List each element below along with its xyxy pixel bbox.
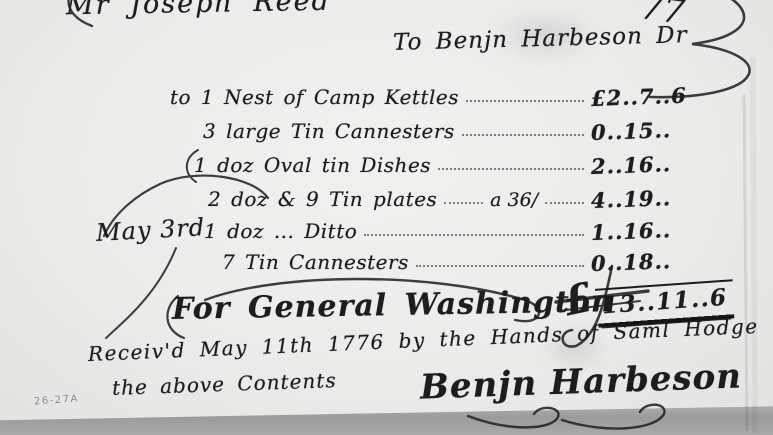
leader-line (438, 168, 584, 170)
item-rate: a 36/ (490, 189, 538, 211)
item-amount: 2..16.. (591, 150, 704, 179)
item-description: 2 doz & 9 Tin plates (208, 187, 437, 211)
item-description: 1 doz Oval tin Dishes (194, 153, 431, 177)
item-amount: 4..19.. (591, 184, 704, 213)
item-description: 1 doz ... Ditto (204, 219, 357, 243)
item-description: 3 large Tin Cannesters (203, 119, 455, 143)
leader-line (466, 100, 584, 102)
line-item: 1 doz ... Ditto 1..16.. (204, 218, 703, 243)
line-item: 2 doz & 9 Tin plates a 36/ 4..19.. (208, 186, 703, 211)
item-amount: 1..16.. (591, 216, 704, 245)
leader-line (416, 265, 584, 267)
item-amount: £2..7..6 (591, 82, 704, 111)
line-item: to 1 Nest of Camp Kettles £2..7..6 (170, 84, 703, 109)
margin-date: May 3rd (95, 213, 206, 247)
item-description: 7 Tin Cannesters (222, 250, 409, 274)
line-item: 7 Tin Cannesters 0..18.. (222, 249, 703, 274)
item-description: to 1 Nest of Camp Kettles (170, 85, 459, 109)
line-item: 1 doz Oval tin Dishes 2..16.. (194, 152, 703, 177)
line-item: 3 large Tin Cannesters 0..15.. (203, 118, 703, 143)
leader-line (545, 202, 584, 204)
leader-line (364, 234, 584, 236)
leader-line (462, 134, 584, 136)
item-amount: 0..18.. (591, 247, 704, 276)
item-amount: 0..15.. (591, 116, 704, 145)
scanned-document: Mr Joseph Reed 77 To Benjn Harbeson Dr t… (0, 0, 773, 435)
leader-line (444, 202, 483, 204)
